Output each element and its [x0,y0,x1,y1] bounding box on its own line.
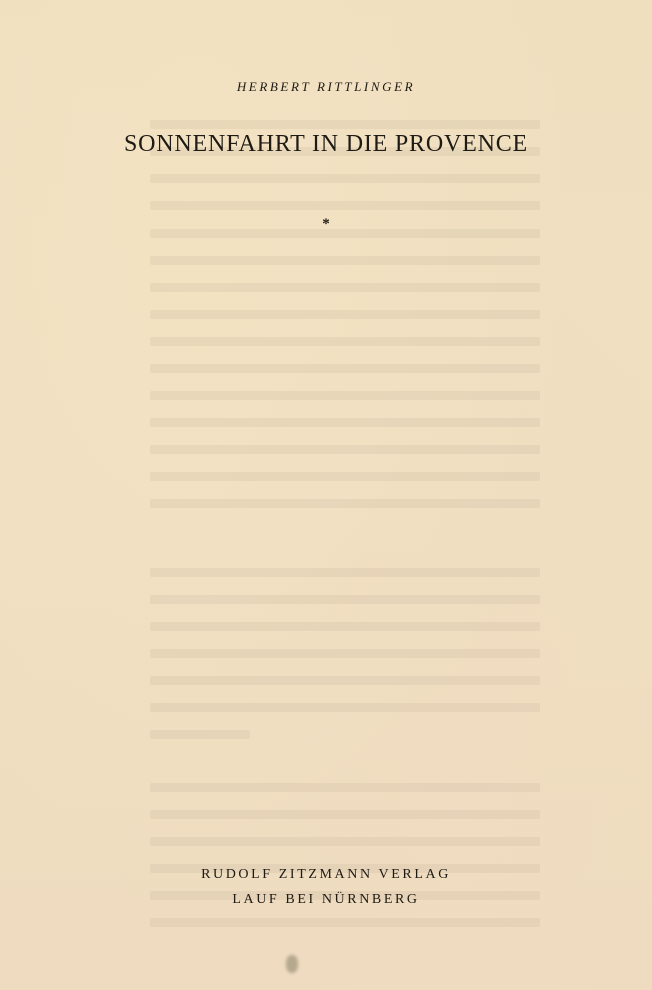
publisher-name: RUDOLF ZITZMANN VERLAG [0,862,652,887]
ink-smudge [286,955,298,973]
asterisk-ornament-icon: * [0,216,652,233]
publisher-imprint: RUDOLF ZITZMANN VERLAG LAUF BEI NÜRNBERG [0,862,652,912]
book-title: SONNENFAHRT IN DIE PROVENCE [0,131,652,158]
title-page: HERBERT RITTLINGER SONNENFAHRT IN DIE PR… [0,0,652,990]
publisher-location: LAUF BEI NÜRNBERG [0,887,652,912]
author-name: HERBERT RITTLINGER [0,79,652,95]
